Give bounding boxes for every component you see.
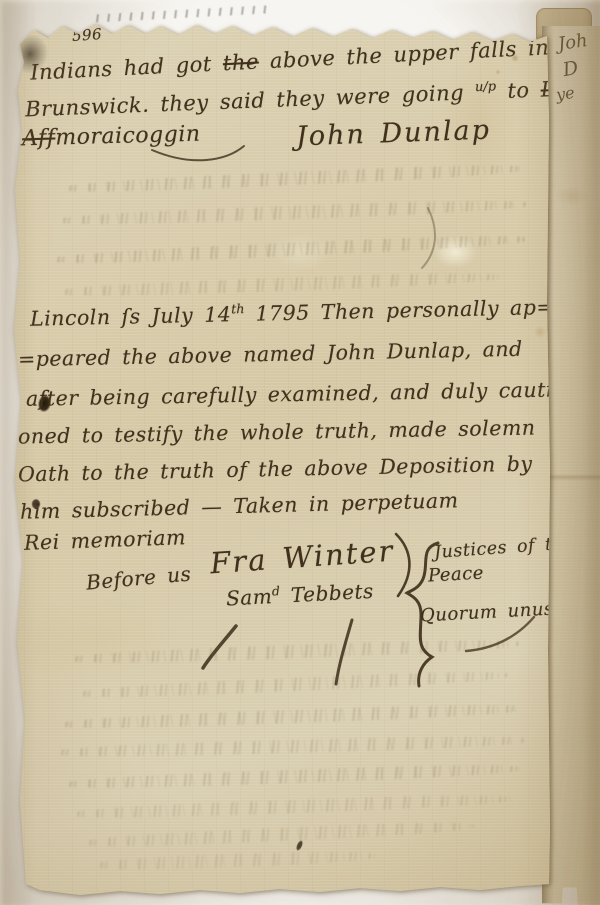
jurat-line: oned to testify the whole truth, made so… [18,415,536,448]
bleed-through-line [64,162,524,195]
document-page: 596 Indians had got the above the upper … [0,0,600,905]
deponent-signature: John Dunlap [296,115,492,153]
justice-signature-winter: Fra Winter [209,534,395,581]
signature-text: Sam [225,584,272,610]
bleed-through-line [60,270,500,298]
bleed-through-line [72,792,512,820]
jurat-line: Rei memoriam [24,525,187,555]
signature-text: Tebbets [279,579,374,608]
note-line: Affmoraicoggin [22,122,201,152]
place-name: moraicoggin [55,122,201,151]
before-us-label: Before us [85,561,192,594]
jurat-line: him subscribed — Taken in perpetuam [20,488,459,523]
note-line-1-text: above the upper falls in [258,35,550,73]
bleed-through-line [95,849,375,872]
note-line-2-text: Brunswick. they said they were going [25,80,476,121]
struck-letters: Aff [22,125,56,151]
manuscript-scan: Joh D ye 596 Indians h [0,0,600,905]
justice-signature-tebbets: Samd Tebbets [225,578,374,610]
bleed-through-line [58,198,528,227]
justices-title-line: Justices of the [433,533,575,563]
justices-title-line: Peace [427,563,484,587]
jurat-line: =peared the above named John Dunlap, and [18,337,523,372]
ordinal-superscript: th [231,301,245,316]
bleed-through-line [60,702,525,731]
struck-word: the [222,50,259,76]
jurat-line-1-text: Lincoln ſs July 14 [30,302,232,331]
inserted-word: u/p [475,79,497,95]
underline-flourish [152,146,244,160]
struck-word: Lo [540,77,568,102]
jurat-line: Lincoln ſs July 14th 1795 Then personall… [30,294,555,331]
bleed-through-line [78,669,508,701]
note-line-1-text: Indians had got [30,51,224,84]
bleed-through-line [64,762,519,791]
bleed-through-line [70,637,520,666]
note-line: Indians had got the above the upper fall… [30,35,550,84]
jurat-line-1-text: 1795 Then personally ap= [244,295,554,326]
closing-paren-stroke [396,534,409,596]
paper-texture: 596 Indians had got the above the upper … [0,0,600,905]
quorum-title-line: Quorum unus [420,599,555,627]
bleed-through-line [84,820,474,850]
jurat-line: Oath to the truth of the above Depositio… [18,452,533,487]
bleed-through-line [52,233,527,267]
bleed-through-line [56,734,526,759]
note-line-2-text: to [496,78,541,104]
jurat-line: after being carefully examined, and duly… [26,377,571,411]
page-number: 596 [71,25,102,45]
